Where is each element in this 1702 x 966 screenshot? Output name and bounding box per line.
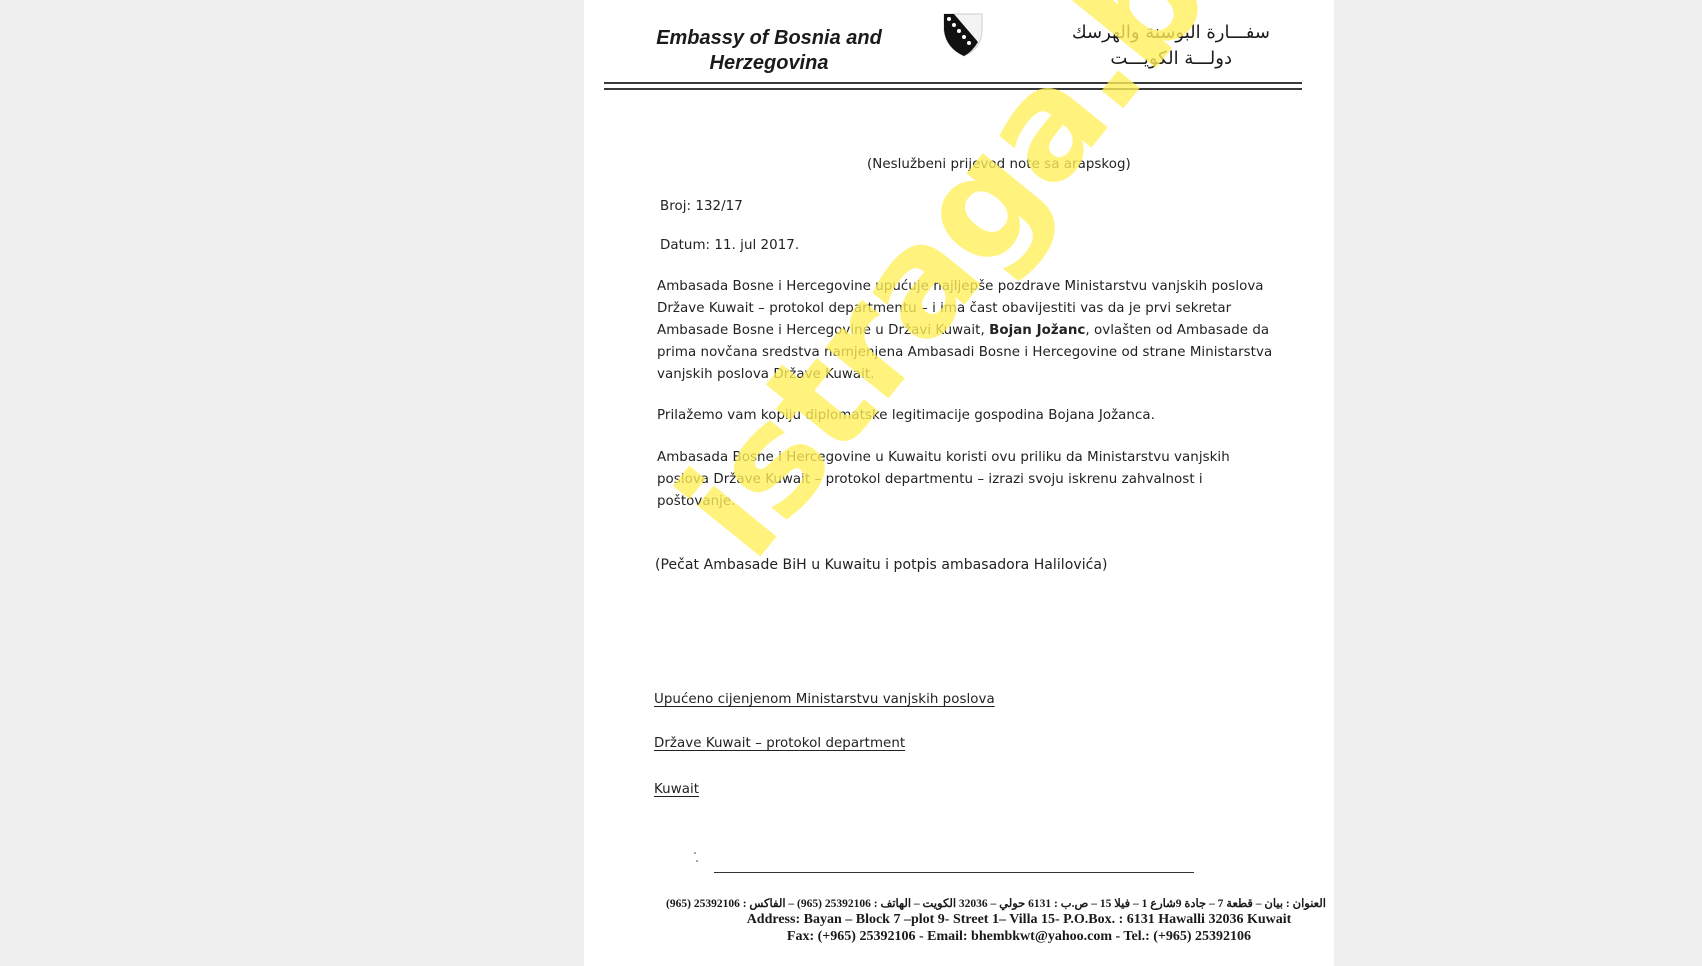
signature-note: (Pečat Ambasade BiH u Kuwaitu i potpis a… <box>655 557 1108 573</box>
footer-address: Address: Bayan – Block 7 –plot 9- Street… <box>644 912 1334 928</box>
embassy-name-arabic-line1: سفـــارة البوسنة والهرسك <box>1010 20 1270 46</box>
paragraph-closing: Ambasada Bosne i Hercegovine u Kuwaitu k… <box>657 447 1277 513</box>
embassy-name-line1: Embassy of Bosnia and <box>624 26 914 51</box>
bosnia-coat-of-arms-icon <box>940 8 986 58</box>
header-divider-top <box>604 82 1302 84</box>
footer-arabic-address: العنوان : بيان – قطعة 7 – جادة 9شارع 1 –… <box>666 896 1334 910</box>
document-number: Broj: 132/17 <box>660 199 743 214</box>
addressee-line-2: Države Kuwait – protokol department <box>654 736 905 751</box>
addressee-line-1: Upućeno cijenjenom Ministarstvu vanjskih… <box>654 692 995 707</box>
embassy-name-arabic: سفـــارة البوسنة والهرسك دولـــة الكويــ… <box>1010 20 1270 72</box>
document-date: Datum: 11. jul 2017. <box>660 238 799 253</box>
secretary-name: Bojan Jožanc <box>989 323 1085 338</box>
footer-contact: Fax: (+965) 25392106 - Email: bhembkwt@y… <box>644 929 1334 945</box>
scan-speck <box>696 860 698 862</box>
embassy-name-english: Embassy of Bosnia and Herzegovina <box>624 26 914 76</box>
scan-speck <box>694 852 696 854</box>
document-page: Embassy of Bosnia and Herzegovina سفـــا… <box>584 0 1334 966</box>
translation-note: (Neslužbeni prijevod note sa arapskog) <box>867 157 1131 172</box>
header-divider-bottom <box>604 88 1302 90</box>
addressee-line-3: Kuwait <box>654 782 699 797</box>
embassy-name-line2: Herzegovina <box>624 51 914 76</box>
paragraph-intro: Ambasada Bosne i Hercegovine upućuje naj… <box>657 276 1277 386</box>
embassy-name-arabic-line2: دولـــة الكويـــت <box>1010 46 1270 72</box>
paragraph-attachment: Prilažemo vam kopiju diplomatske legitim… <box>657 405 1277 427</box>
footer-divider <box>714 872 1194 873</box>
